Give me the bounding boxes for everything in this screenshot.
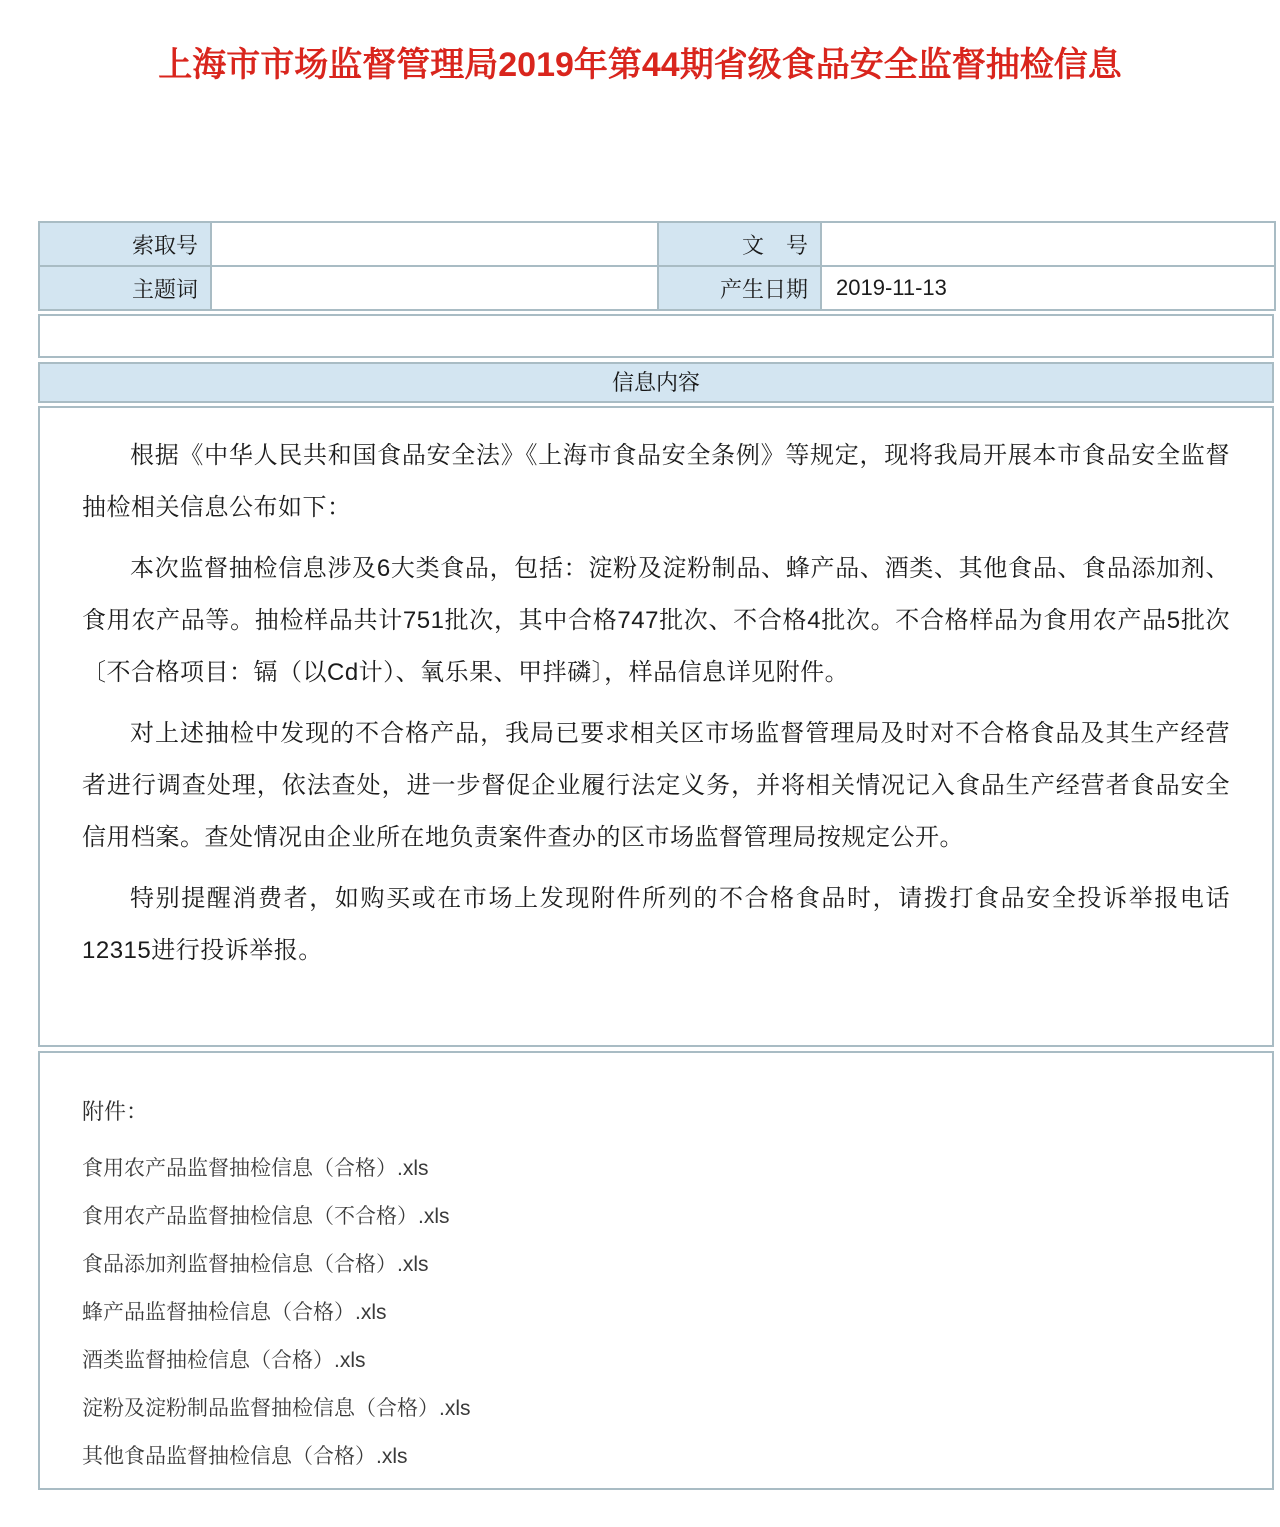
field-label-index-number: 索取号 <box>39 222 211 266</box>
metadata-row: 主题词 产生日期 2019-11-13 <box>39 266 1275 310</box>
attachment-link[interactable]: 食用农产品监督抽检信息（不合格）.xls <box>82 1193 1230 1241</box>
attachment-link[interactable]: 其他食品监督抽检信息（合格）.xls <box>82 1433 1230 1481</box>
field-label-publish-date: 产生日期 <box>658 266 821 310</box>
empty-spacer-row <box>38 314 1274 358</box>
field-value-publish-date: 2019-11-13 <box>821 266 1275 310</box>
paragraph: 根据《中华人民共和国食品安全法》《上海市食品安全条例》等规定，现将我局开展本市食… <box>82 430 1230 534</box>
document-page: 上海市市场监督管理局2019年第44期省级食品安全监督抽检信息 索取号 文 号 … <box>0 0 1280 1527</box>
document-body: 索取号 文 号 主题词 产生日期 2019-11-13 信息内容 根据《中华人民… <box>38 221 1274 1490</box>
page-title: 上海市市场监督管理局2019年第44期省级食品安全监督抽检信息 <box>0 42 1280 88</box>
paragraph: 对上述抽检中发现的不合格产品，我局已要求相关区市场监督管理局及时对不合格食品及其… <box>82 708 1230 864</box>
field-value-index-number <box>211 222 658 266</box>
field-value-doc-number <box>821 222 1275 266</box>
attachment-link[interactable]: 酒类监督抽检信息（合格）.xls <box>82 1337 1230 1385</box>
paragraph: 本次监督抽检信息涉及6大类食品，包括：淀粉及淀粉制品、蜂产品、酒类、其他食品、食… <box>82 543 1230 699</box>
field-label-doc-number: 文 号 <box>658 222 821 266</box>
metadata-table: 索取号 文 号 主题词 产生日期 2019-11-13 <box>38 221 1276 311</box>
paragraph: 特别提醒消费者，如购买或在市场上发现附件所列的不合格食品时，请拨打食品安全投诉举… <box>82 873 1230 977</box>
attachment-link[interactable]: 淀粉及淀粉制品监督抽检信息（合格）.xls <box>82 1385 1230 1433</box>
section-header: 信息内容 <box>38 362 1274 403</box>
attachment-link[interactable]: 蜂产品监督抽检信息（合格）.xls <box>82 1289 1230 1337</box>
attachment-link[interactable]: 食用农产品监督抽检信息（合格）.xls <box>82 1145 1230 1193</box>
field-label-keywords: 主题词 <box>39 266 211 310</box>
field-value-keywords <box>211 266 658 310</box>
content-box: 根据《中华人民共和国食品安全法》《上海市食品安全条例》等规定，现将我局开展本市食… <box>38 406 1274 1047</box>
attachment-link[interactable]: 食品添加剂监督抽检信息（合格）.xls <box>82 1241 1230 1289</box>
attachments-box: 附件： 食用农产品监督抽检信息（合格）.xls 食用农产品监督抽检信息（不合格）… <box>38 1051 1274 1490</box>
metadata-row: 索取号 文 号 <box>39 222 1275 266</box>
attachments-label: 附件： <box>82 1097 1230 1127</box>
